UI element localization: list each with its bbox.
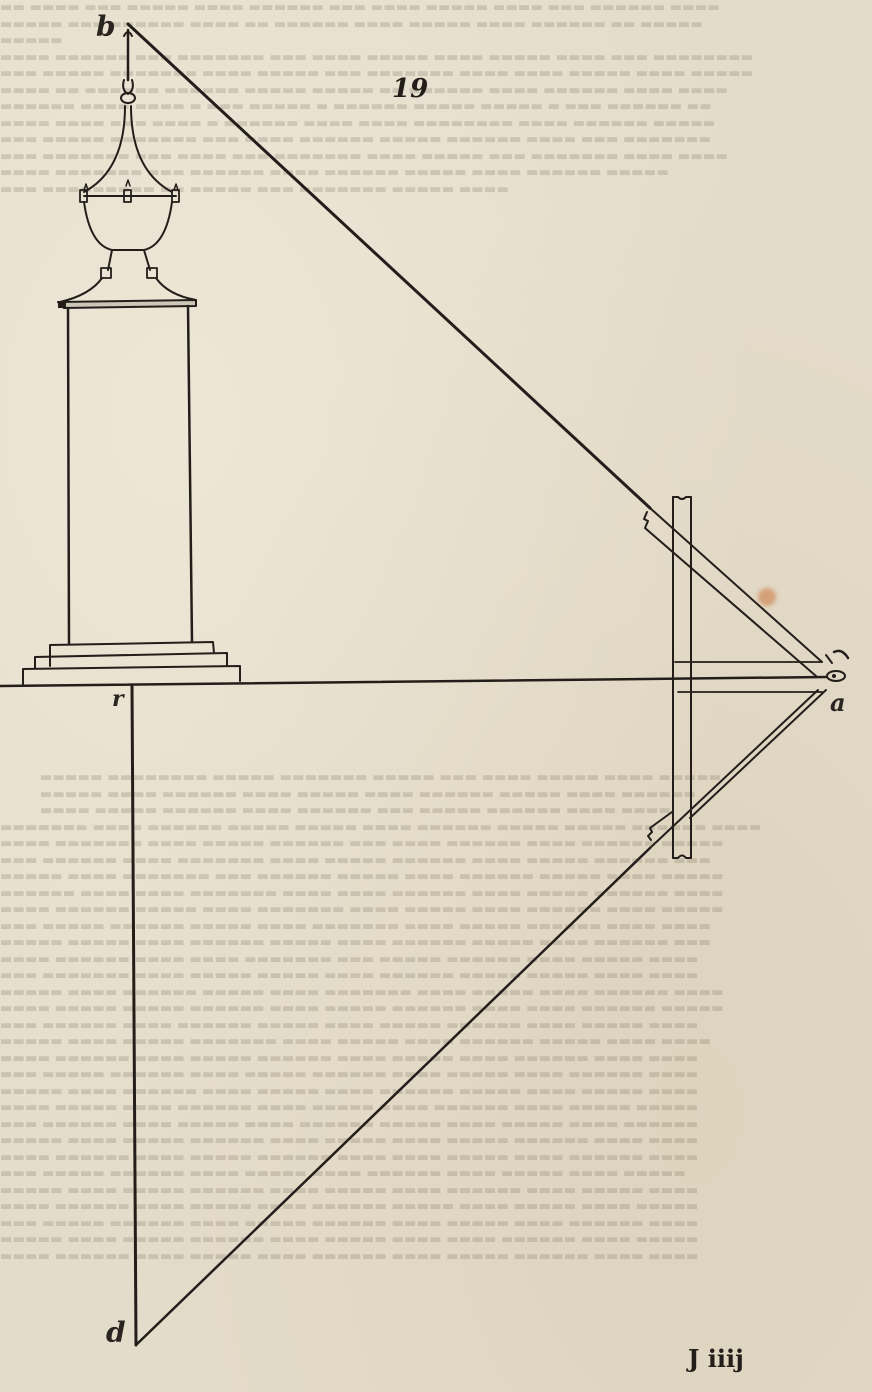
eye-icon — [826, 651, 848, 681]
sight-line-d-lower-2 — [650, 690, 818, 848]
urn-bowl — [84, 202, 172, 250]
capital-flare-left — [60, 278, 102, 302]
point-label-r: r — [112, 686, 124, 712]
point-label-d: d — [106, 1316, 126, 1349]
column-shaft-right — [188, 306, 192, 642]
perspective-diagram — [0, 0, 872, 1392]
sight-line-b-upper — [128, 24, 650, 508]
urn-legs — [108, 250, 150, 270]
staff-bottom-notch — [673, 856, 691, 859]
spire-flare-left — [84, 106, 125, 192]
sight-line-d-lower-1 — [136, 848, 650, 1345]
book-page: ▬▬ ▬▬▬▬ ▬▬▬ ▬▬▬▬▬ ▬▬▬▬ ▬▬▬▬▬▬ ▬▬▬ ▬▬▬▬ ▬… — [0, 0, 872, 1392]
signature-mark: J iiij — [688, 1344, 744, 1373]
ground-line — [0, 677, 826, 686]
urn-foot-left — [101, 268, 111, 278]
capital-slab-corner — [58, 302, 66, 308]
capital-flare-right — [156, 278, 196, 300]
column-shaft-left — [68, 308, 69, 644]
plate-number: 19 — [392, 74, 428, 104]
finial-knob — [123, 80, 133, 94]
base-step-3 — [23, 666, 240, 684]
vertical-line-r-d — [132, 685, 136, 1345]
staff-top-notch — [673, 497, 691, 499]
point-label-b: b — [96, 10, 116, 43]
spire-flare-right — [131, 106, 172, 192]
sight-line-b-lower-1 — [650, 508, 822, 662]
capital-slab — [58, 300, 196, 308]
point-label-a: a — [830, 688, 846, 717]
urn-foot-right — [147, 268, 157, 278]
sight-line-b-lower-2 — [644, 512, 816, 676]
